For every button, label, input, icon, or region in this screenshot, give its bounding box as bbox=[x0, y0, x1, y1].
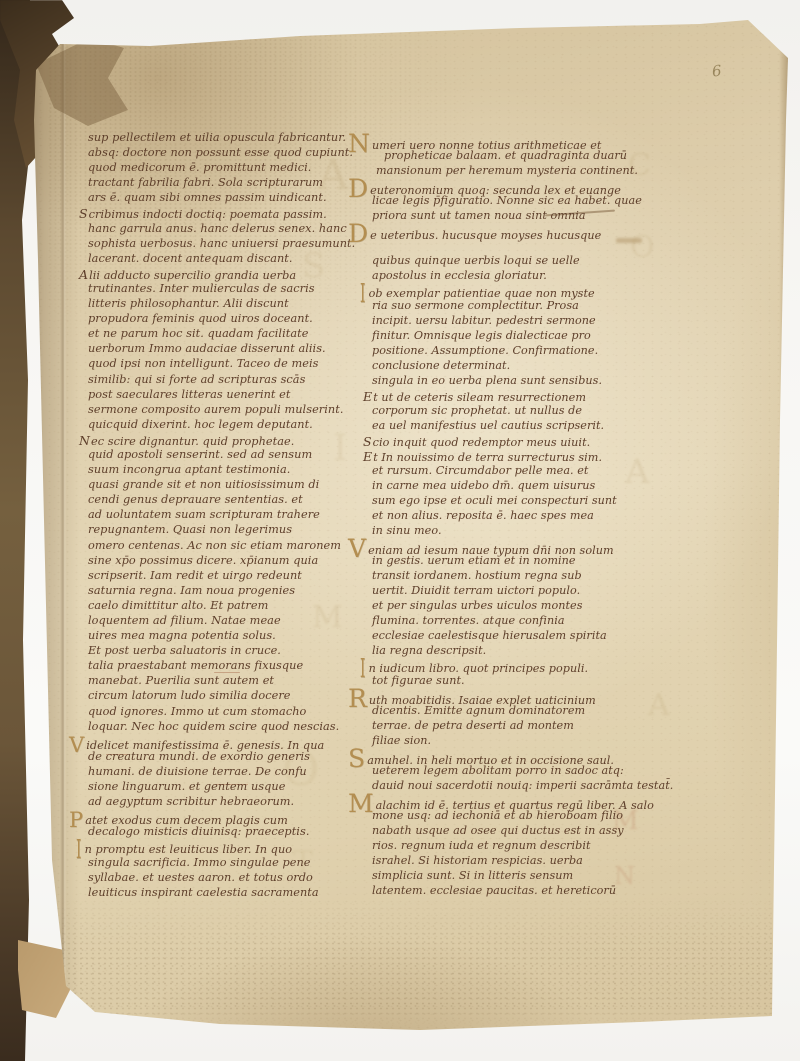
line-text: transit iordanem. hostium regna sub bbox=[372, 569, 582, 582]
line-text: simplicia sunt. Si in litteris sensum bbox=[372, 869, 573, 882]
text-line: quicquid dixerint. hoc legem deputant. bbox=[88, 418, 354, 433]
line-text: cio inquit quod redemptor meus uiuit. bbox=[373, 436, 591, 449]
text-line: ad uoluntatem suam scripturam trahere bbox=[88, 508, 354, 523]
text-line: rios. regnum iuda et regnum describit bbox=[372, 839, 664, 854]
line-text: propudora feminis quod uiros doceant. bbox=[88, 312, 313, 325]
text-line: quod ipsi non intelligunt. Taceo de meis bbox=[88, 357, 354, 372]
text-line: ecclesiae caelestisque hierusalem spirit… bbox=[372, 629, 664, 644]
line-text: loquar. Nec hoc quidem scire quod nescia… bbox=[88, 720, 339, 733]
line-text: apostolus in ecclesia gloriatur. bbox=[372, 269, 547, 282]
text-line: Et ut de ceteris sileam resurrectionem bbox=[372, 389, 664, 404]
text-line: In promptu est leuiticus liber. In quo bbox=[88, 840, 354, 855]
illuminated-initial: I bbox=[360, 659, 365, 679]
line-text: uires mea magna potentia solus. bbox=[88, 629, 276, 642]
text-line: Nec scire dignantur. quid prophetae. bbox=[88, 433, 354, 448]
text-line: de creatura mundi. de exordio generis bbox=[88, 750, 354, 765]
text-line: conclusione determinat. bbox=[372, 359, 664, 374]
line-text: humani. de diuisione terrae. De confu bbox=[88, 765, 307, 778]
line-text: licae legis p̄figuratio. Nonne sic ea ha… bbox=[372, 194, 642, 207]
text-line: tot figurae sunt. bbox=[372, 674, 664, 689]
text-line: quod medicorum ē. promittunt medici. bbox=[88, 161, 354, 176]
illuminated-initial: P bbox=[69, 813, 83, 827]
line-text: conclusione determinat. bbox=[372, 359, 510, 372]
text-line: Videlicet manifestissima ē. genesis. In … bbox=[88, 735, 354, 750]
line-text: absq: doctore non possunt esse quod cupi… bbox=[88, 146, 353, 159]
line-text: dauid noui sacerdotii nouiq: imperii sac… bbox=[372, 779, 673, 792]
line-text: caelo dimittitur alto. Et patrem bbox=[88, 599, 268, 612]
text-line: in carne mea uidebo dm̄. quem uisurus bbox=[372, 479, 664, 494]
text-line: tractant fabrilia fabri. Sola scripturar… bbox=[88, 176, 354, 191]
line-text: nabath usque ad osee qui ductus est in a… bbox=[372, 824, 624, 837]
text-line: terrae. de petra deserti ad montem bbox=[372, 719, 664, 734]
text-line: repugnantem. Quasi non legerimus bbox=[88, 523, 354, 538]
illuminated-initial: I bbox=[76, 840, 81, 860]
text-line: scripserit. Iam redit et uirgo redeunt bbox=[88, 569, 354, 584]
text-line: israhel. Si historiam respicias. uerba bbox=[372, 854, 664, 869]
text-line: sine xp̄o possimus dicere. xp̄ianum quia bbox=[88, 554, 354, 569]
text-line: et ne parum hoc sit. quadam facilitate bbox=[88, 327, 354, 342]
line-text: de creatura mundi. de exordio generis bbox=[88, 750, 310, 763]
illuminated-initial: N bbox=[348, 137, 370, 151]
text-line: ars ē. quam sibi omnes passim uindicant. bbox=[88, 191, 354, 206]
text-line: ad aegyptum scribitur hebraeorum. bbox=[88, 795, 354, 810]
line-text: et per singulas urbes uiculos montes bbox=[372, 599, 583, 612]
text-line: caelo dimittitur alto. Et patrem bbox=[88, 599, 354, 614]
line-text: in sinu meo. bbox=[372, 524, 442, 537]
text-line: incipit. uersu labitur. pedestri sermone bbox=[372, 314, 664, 329]
text-line: Ruth moabitidis. Isaiae explet uaticiniu… bbox=[372, 689, 664, 704]
text-line: ria suo sermone complectitur. Prosa bbox=[372, 299, 664, 314]
text-line: Deuteronomium quoq: secunda lex et euang… bbox=[372, 179, 664, 194]
text-line: et rursum. Circumdabor pelle mea. et bbox=[372, 464, 664, 479]
line-text: suum incongrua aptant testimonia. bbox=[88, 463, 290, 476]
text-column-right: Numeri uero nonne totius arithmeticae et… bbox=[372, 134, 664, 899]
text-line: Numeri uero nonne totius arithmeticae et bbox=[372, 134, 664, 149]
text-line: sup pellectilem et uilia opuscula fabric… bbox=[88, 131, 354, 146]
line-text: syllabae. et uestes aaron. et totus ordo bbox=[88, 871, 313, 884]
line-text: ad aegyptum scribitur hebraeorum. bbox=[88, 795, 294, 808]
text-column-left: sup pellectilem et uilia opuscula fabric… bbox=[88, 131, 354, 901]
illuminated-initial: M bbox=[348, 797, 374, 811]
parchment-speckle-bottom bbox=[48, 896, 782, 1026]
line-text: Et post uerba saluatoris in cruce. bbox=[88, 644, 281, 657]
line-text: dicentis. Emitte agnum dominatorem bbox=[372, 704, 585, 717]
illuminated-initial: S bbox=[348, 752, 365, 766]
line-text: sione linguarum. et gentem usque bbox=[88, 780, 285, 793]
line-text: leuiticus inspirant caelestia sacramenta bbox=[88, 886, 319, 899]
text-line: mone usq: ad iechoniā et ab hieroboam fi… bbox=[372, 809, 664, 824]
line-text: ea uel manifestius uel cautius scripseri… bbox=[372, 419, 604, 432]
line-text: filiae sion. bbox=[372, 734, 431, 747]
line-text: manebat. Puerilia sunt autem et bbox=[88, 674, 274, 687]
text-line: positione. Assumptione. Confirmatione. bbox=[372, 344, 664, 359]
line-text: sermone composito aurem populi mulserint… bbox=[88, 403, 343, 416]
text-line: hanc garrula anus. hanc delerus senex. h… bbox=[88, 222, 354, 237]
text-line: uertit. Diuidit terram uictori populo. bbox=[372, 584, 664, 599]
line-text: repugnantem. Quasi non legerimus bbox=[88, 523, 292, 536]
line-text: quibus quinque uerbis loqui se uelle bbox=[372, 254, 580, 267]
line-text: scripserit. Iam redit et uirgo redeunt bbox=[88, 569, 302, 582]
illuminated-initial: V bbox=[348, 542, 366, 556]
text-line: filiae sion. bbox=[372, 734, 664, 749]
line-text: mansionum per heremum mysteria continent… bbox=[376, 164, 638, 177]
text-line: sophista uerbosus. hanc uniuersi praesum… bbox=[88, 237, 354, 252]
text-line: corporum sic prophetat. ut nullus de bbox=[372, 404, 664, 419]
line-text: cendi genus deprauare sententias. et bbox=[88, 493, 303, 506]
illuminated-initial: D bbox=[348, 227, 368, 241]
ink-initial: A bbox=[79, 267, 88, 282]
line-text: quod ignores. Immo ut cum stomacho bbox=[88, 705, 306, 718]
line-text: uertit. Diuidit terram uictori populo. bbox=[372, 584, 580, 597]
line-text: ecclesiae caelestisque hierusalem spirit… bbox=[372, 629, 607, 642]
text-line: nabath usque ad osee qui ductus est in a… bbox=[372, 824, 664, 839]
text-line: Malachim id ē. tertius et quartus regū l… bbox=[372, 794, 664, 809]
text-line: et per singulas urbes uiculos montes bbox=[372, 599, 664, 614]
line-text: sophista uerbosus. hanc uniuersi praesum… bbox=[88, 237, 355, 250]
text-line: priora sunt ut tamen noua sint omnia bbox=[372, 209, 664, 224]
text-line: quasi grande sit et non uitiosissimum di bbox=[88, 478, 354, 493]
ink-initial: N bbox=[79, 433, 90, 448]
text-line: et non alius. reposita ē. haec spes mea bbox=[372, 509, 664, 524]
line-text: ueterem legem abolitam porro in sadoc at… bbox=[372, 764, 624, 777]
text-line: omero centenas. Ac non sic etiam maronem bbox=[88, 539, 354, 554]
line-text: positione. Assumptione. Confirmatione. bbox=[372, 344, 598, 357]
text-line: manebat. Puerilia sunt autem et bbox=[88, 674, 354, 689]
line-text: sum ego ipse et oculi mei conspecturi su… bbox=[372, 494, 617, 507]
text-line: quod ignores. Immo ut cum stomacho bbox=[88, 705, 354, 720]
line-text: quod medicorum ē. promittunt medici. bbox=[88, 161, 311, 174]
line-text: tractant fabrilia fabri. Sola scripturar… bbox=[88, 176, 323, 189]
text-line: trutinantes. Inter mulierculas de sacris bbox=[88, 282, 354, 297]
text-line: In iudicum libro. quot principes populi. bbox=[372, 659, 664, 674]
line-text: terrae. de petra deserti ad montem bbox=[372, 719, 574, 732]
line-text: ria suo sermone complectitur. Prosa bbox=[372, 299, 579, 312]
text-line: ea uel manifestius uel cautius scripseri… bbox=[372, 419, 664, 434]
line-text: tot figurae sunt. bbox=[372, 674, 465, 687]
text-line: transit iordanem. hostium regna sub bbox=[372, 569, 664, 584]
text-line: Veniam ad iesum naue typum dn̄i non solu… bbox=[372, 539, 664, 554]
text-line: uires mea magna potentia solus. bbox=[88, 629, 354, 644]
text-line: saturnia regna. Iam noua progenies bbox=[88, 584, 354, 599]
text-line: dauid noui sacerdotii nouiq: imperii sac… bbox=[372, 779, 664, 794]
ink-initial: S bbox=[363, 434, 372, 449]
page-right-edge-shading bbox=[778, 16, 788, 1046]
line-text: circum latorum ludo similia docere bbox=[88, 689, 291, 702]
text-line: lacerant. docent antequam discant. bbox=[88, 252, 354, 267]
line-text: decalogo misticis diuinisq: praeceptis. bbox=[88, 825, 309, 838]
text-line: Samuhel. in heli mortuo et in occisione … bbox=[372, 749, 664, 764]
illuminated-initial: R bbox=[348, 692, 367, 706]
line-text: propheticae balaam. et quadraginta duarū bbox=[384, 149, 627, 162]
line-text: sup pellectilem et uilia opuscula fabric… bbox=[88, 131, 346, 144]
line-text: et non alius. reposita ē. haec spes mea bbox=[372, 509, 594, 522]
text-line: sum ego ipse et oculi mei conspecturi su… bbox=[372, 494, 664, 509]
text-line: dicentis. Emitte agnum dominatorem bbox=[372, 704, 664, 719]
line-text: mone usq: ad iechoniā et ab hieroboam fi… bbox=[372, 809, 623, 822]
line-text: priora sunt ut tamen noua sint omnia bbox=[372, 209, 586, 222]
text-line: absq: doctore non possunt esse quod cupi… bbox=[88, 146, 354, 161]
text-line: suum incongrua aptant testimonia. bbox=[88, 463, 354, 478]
line-text: in carne mea uidebo dm̄. quem uisurus bbox=[372, 479, 595, 492]
text-line: loquentem ad filium. Natae meae bbox=[88, 614, 354, 629]
text-line: circum latorum ludo similia docere bbox=[88, 689, 354, 704]
text-line: simplicia sunt. Si in litteris sensum bbox=[372, 869, 664, 884]
text-line: finitur. Omnisque legis dialecticae pro bbox=[372, 329, 664, 344]
text-line: ueterem legem abolitam porro in sadoc at… bbox=[372, 764, 664, 779]
line-text: hanc garrula anus. hanc delerus senex. h… bbox=[88, 222, 347, 235]
line-text: lacerant. docent antequam discant. bbox=[88, 252, 293, 265]
line-text: omero centenas. Ac non sic etiam maronem bbox=[88, 539, 341, 552]
text-line: lia regna descripsit. bbox=[372, 644, 664, 659]
ink-initial: E bbox=[363, 449, 372, 464]
text-line: similib: qui si forte ad scripturas scās bbox=[88, 373, 354, 388]
ink-initial: S bbox=[79, 206, 88, 221]
line-text: corporum sic prophetat. ut nullus de bbox=[372, 404, 582, 417]
line-text: quicquid dixerint. hoc legem deputant. bbox=[88, 418, 313, 431]
line-text: lia regna descripsit. bbox=[372, 644, 486, 657]
line-text: talia praestabant memorans fixusque bbox=[88, 659, 303, 672]
line-text: cribimus indocti doctiq: poemata passim. bbox=[89, 208, 327, 221]
text-line: mansionum per heremum mysteria continent… bbox=[372, 164, 664, 179]
text-line: Iob exemplar patientiae quae non myste bbox=[372, 284, 664, 299]
text-line: Scio inquit quod redemptor meus uiuit. bbox=[372, 434, 664, 449]
line-text: quid apostoli senserint. sed ad sensum bbox=[88, 448, 312, 461]
text-line: singula sacrificia. Immo singulae pene bbox=[88, 856, 354, 871]
line-text: singula sacrificia. Immo singulae pene bbox=[88, 856, 311, 869]
text-line: Et In nouissimo de terra surrecturus sim… bbox=[372, 449, 664, 464]
text-line: decalogo misticis diuinisq: praeceptis. bbox=[88, 825, 354, 840]
line-text: rios. regnum iuda et regnum describit bbox=[372, 839, 591, 852]
manuscript-page: 6 6 ASIMOTCOAAMN sup pellectilem et uili… bbox=[18, 16, 792, 1046]
line-text: singula in eo uerba plena sunt sensibus. bbox=[372, 374, 602, 387]
text-line: in sinu meo. bbox=[372, 524, 664, 539]
line-text: post saeculares litteras uenerint et bbox=[88, 388, 291, 401]
text-line: latentem. ecclesiae paucitas. et heretic… bbox=[372, 884, 664, 899]
line-text: ad uoluntatem suam scripturam trahere bbox=[88, 508, 320, 521]
text-line: propheticae balaam. et quadraginta duarū bbox=[372, 149, 664, 164]
text-line: litteris philosophantur. Alii discunt bbox=[88, 297, 354, 312]
line-text: loquentem ad filium. Natae meae bbox=[88, 614, 281, 627]
line-text: et rursum. Circumdabor pelle mea. et bbox=[372, 464, 588, 477]
ink-initial: E bbox=[363, 389, 372, 404]
text-line: humani. de diuisione terrae. De confu bbox=[88, 765, 354, 780]
line-text: sine xp̄o possimus dicere. xp̄ianum quia bbox=[88, 554, 318, 567]
line-text: similib: qui si forte ad scripturas scās bbox=[88, 373, 305, 386]
text-line: quid apostoli senserint. sed ad sensum bbox=[88, 448, 354, 463]
line-text: trutinantes. Inter mulierculas de sacris bbox=[88, 282, 315, 295]
text-line: flumina. torrentes. atque confinia bbox=[372, 614, 664, 629]
line-text: quasi grande sit et non uitiosissimum di bbox=[88, 478, 319, 491]
text-line: Alii adducto supercilio grandia uerba bbox=[88, 267, 354, 282]
line-text: lii adducto supercilio grandia uerba bbox=[89, 269, 296, 282]
line-text: n promptu est leuiticus liber. In quo bbox=[85, 843, 293, 856]
line-text: t ut de ceteris sileam resurrectionem bbox=[373, 391, 586, 404]
text-line: leuiticus inspirant caelestia sacramenta bbox=[88, 886, 354, 901]
text-line: quibus quinque uerbis loqui se uelle bbox=[372, 254, 664, 269]
text-line: post saeculares litteras uenerint et bbox=[88, 388, 354, 403]
corner-mark: 6 bbox=[762, 28, 768, 38]
line-text: finitur. Omnisque legis dialecticae pro bbox=[372, 329, 591, 342]
folio-number: 6 bbox=[711, 62, 722, 81]
text-line: Patet exodus cum decem plagis cum bbox=[88, 810, 354, 825]
text-line: talia praestabant memorans fixusque bbox=[88, 659, 354, 674]
text-line: loquar. Nec hoc quidem scire quod nescia… bbox=[88, 720, 354, 735]
line-text: saturnia regna. Iam noua progenies bbox=[88, 584, 295, 597]
text-line: cendi genus deprauare sententias. et bbox=[88, 493, 354, 508]
text-line: singula in eo uerba plena sunt sensibus. bbox=[372, 374, 664, 389]
text-line: in gestis. uerum etiam et in nomine bbox=[372, 554, 664, 569]
line-text: t In nouissimo de terra surrecturus sim. bbox=[373, 451, 602, 464]
illuminated-initial: V bbox=[69, 738, 84, 752]
text-line: uerborum Immo audaciae disserunt aliis. bbox=[88, 342, 354, 357]
illuminated-initial: D bbox=[348, 182, 368, 196]
line-text: ec scire dignantur. quid prophetae. bbox=[91, 435, 294, 448]
text-line: sermone composito aurem populi mulserint… bbox=[88, 403, 354, 418]
illuminated-initial: I bbox=[360, 284, 365, 304]
gutter-fold-line bbox=[60, 16, 66, 1046]
line-gap bbox=[372, 239, 664, 254]
line-text: litteris philosophantur. Alii discunt bbox=[88, 297, 289, 310]
screenshot-root: { "manuscript": { "folio_number": "6", "… bbox=[0, 0, 800, 1061]
line-text: incipit. uersu labitur. pedestri sermone bbox=[372, 314, 596, 327]
text-line: De ueteribus. hucusque moyses hucusque bbox=[372, 224, 664, 239]
text-line: Scribimus indocti doctiq: poemata passim… bbox=[88, 206, 354, 221]
line-text: latentem. ecclesiae paucitas. et heretic… bbox=[372, 884, 616, 897]
line-text: ars ē. quam sibi omnes passim uindicant. bbox=[88, 191, 327, 204]
text-line: sione linguarum. et gentem usque bbox=[88, 780, 354, 795]
line-text: uerborum Immo audaciae disserunt aliis. bbox=[88, 342, 326, 355]
text-line: Et post uerba saluatoris in cruce. bbox=[88, 644, 354, 659]
text-line: propudora feminis quod uiros doceant. bbox=[88, 312, 354, 327]
line-text: in gestis. uerum etiam et in nomine bbox=[372, 554, 576, 567]
line-text: quod ipsi non intelligunt. Taceo de meis bbox=[88, 357, 319, 370]
line-text: et ne parum hoc sit. quadam facilitate bbox=[88, 327, 308, 340]
line-text: israhel. Si historiam respicias. uerba bbox=[372, 854, 583, 867]
line-text: flumina. torrentes. atque confinia bbox=[372, 614, 565, 627]
text-line: licae legis p̄figuratio. Nonne sic ea ha… bbox=[372, 194, 664, 209]
text-line: syllabae. et uestes aaron. et totus ordo bbox=[88, 871, 354, 886]
text-line: apostolus in ecclesia gloriatur. bbox=[372, 269, 664, 284]
